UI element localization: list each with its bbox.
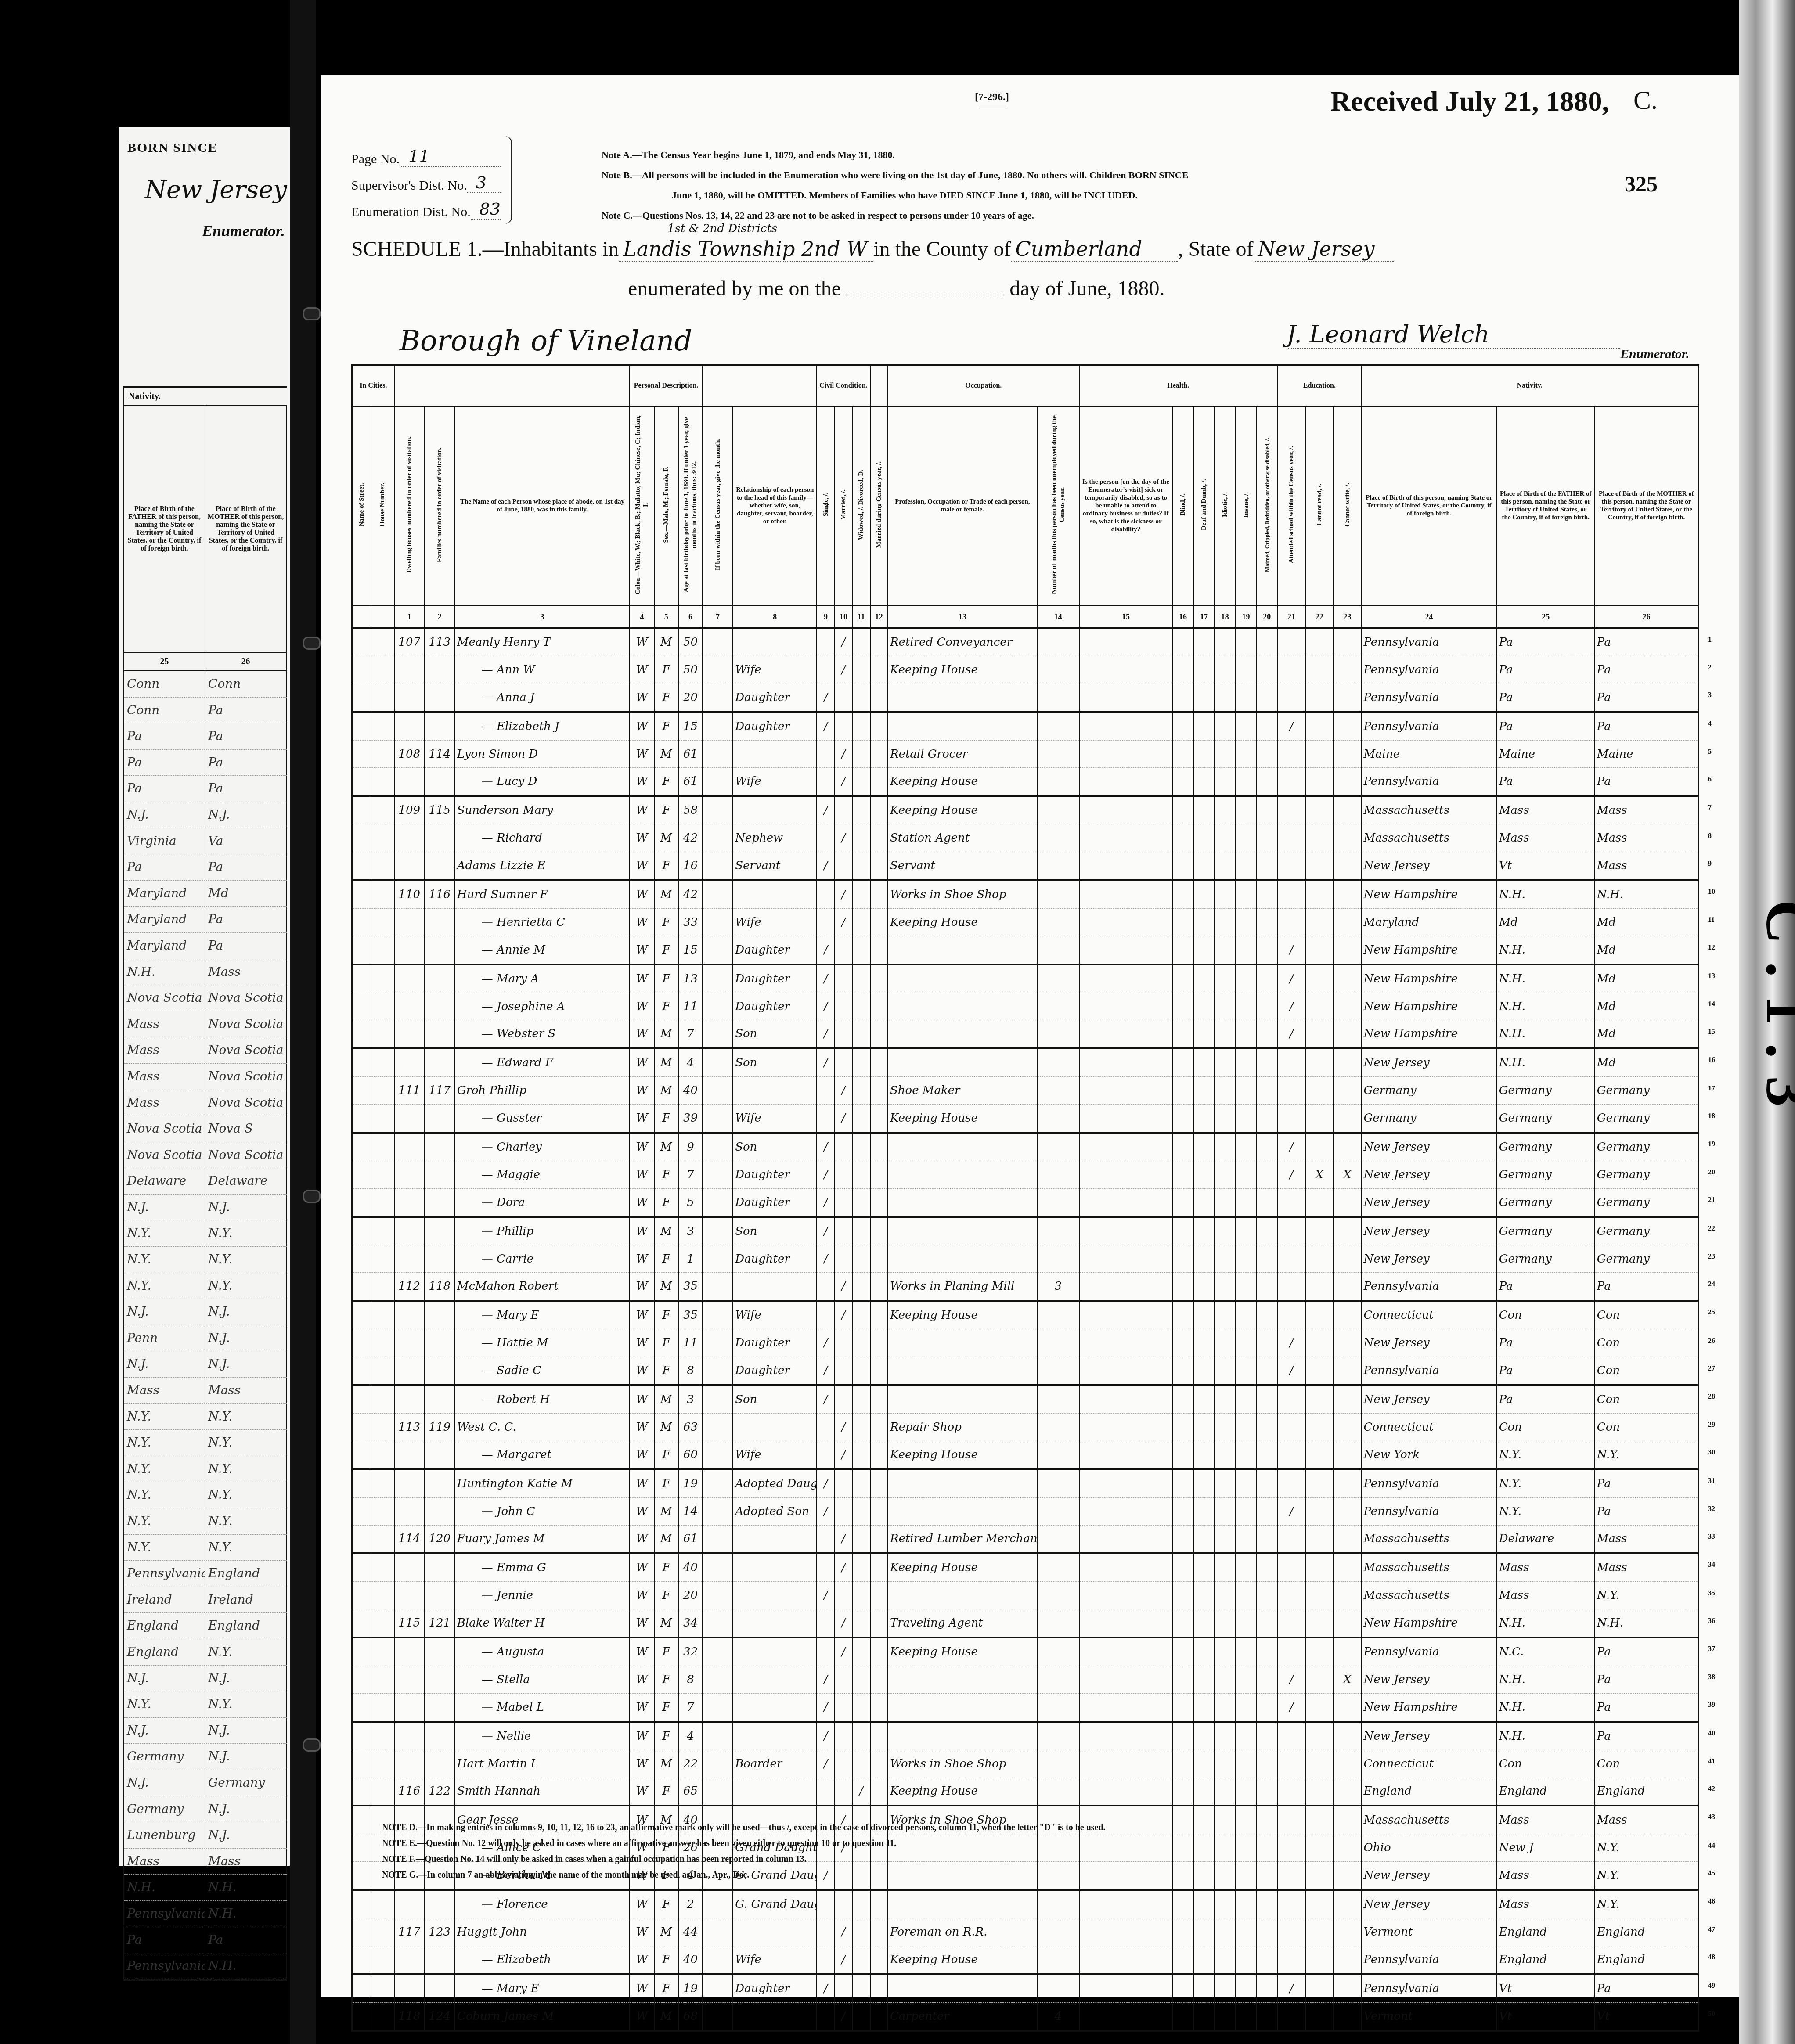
blind-cell bbox=[1172, 908, 1193, 936]
col6-header: Age at last birthday prior to June 1, 18… bbox=[678, 406, 703, 606]
disabled-cell bbox=[1256, 880, 1277, 908]
person-name-cell: Groh Phillip bbox=[455, 1077, 630, 1105]
birth-month-cell bbox=[703, 1020, 733, 1048]
father-birthplace-cell: Vt bbox=[1497, 852, 1595, 880]
cannot-write-cell bbox=[1334, 852, 1362, 880]
column-number: 5 bbox=[654, 606, 678, 628]
idiotic-cell bbox=[1215, 1834, 1236, 1862]
dwelling-number-cell bbox=[394, 1357, 425, 1385]
single-mark-cell bbox=[817, 1413, 834, 1441]
deaf-dumb-cell bbox=[1193, 1441, 1215, 1469]
group-in-cities: In Cities. bbox=[352, 365, 394, 406]
married-census-year-cell bbox=[870, 1133, 888, 1161]
birth-month-cell bbox=[703, 1357, 733, 1385]
married-census-year-cell bbox=[870, 1609, 888, 1637]
occupation-cell: Retired Conveyancer bbox=[888, 628, 1037, 656]
relationship-cell: Daughter bbox=[733, 1974, 817, 2002]
left-mother-birthplace: N.J. bbox=[205, 1822, 287, 1848]
sex-cell: F bbox=[654, 993, 678, 1020]
disabled-cell bbox=[1256, 1077, 1277, 1105]
column-number: 14 bbox=[1037, 606, 1079, 628]
person-name-cell: — Sadie C bbox=[455, 1357, 630, 1385]
house-number-cell bbox=[371, 936, 394, 964]
insane-cell bbox=[1236, 880, 1257, 908]
color-cell: W bbox=[630, 1020, 654, 1048]
occupation-cell: Keeping House bbox=[888, 1946, 1037, 1974]
left-father-birthplace: Lunenburg bbox=[124, 1822, 205, 1848]
widowed-mark-cell bbox=[852, 1357, 870, 1385]
widowed-mark-cell bbox=[852, 1582, 870, 1609]
left-mother-birthplace: Nova Scotia bbox=[205, 1090, 287, 1116]
left-father-birthplace: Nova Scotia bbox=[124, 1116, 205, 1142]
line-number: 3 bbox=[1708, 691, 1712, 699]
left-father-birthplace: Pa bbox=[124, 750, 205, 776]
left-mother-birthplace: N.H. bbox=[205, 1953, 287, 1979]
left-father-birthplace: N.Y. bbox=[124, 1535, 205, 1561]
insane-cell bbox=[1236, 824, 1257, 852]
person-name-cell: — Mary E bbox=[455, 1301, 630, 1329]
sheet-number: 325 bbox=[1625, 171, 1658, 197]
enumerated-prefix: enumerated by me on the bbox=[628, 277, 841, 300]
mother-birthplace-cell: Germany bbox=[1595, 1105, 1698, 1133]
disabled-cell bbox=[1256, 1525, 1277, 1553]
family-number-cell bbox=[425, 908, 455, 936]
father-birthplace-cell: Germany bbox=[1497, 1077, 1595, 1105]
left-page-row: MassNova Scotia bbox=[124, 1064, 287, 1090]
months-unemployed-cell bbox=[1037, 964, 1079, 993]
census-row: — John CWM14Adopted Son//PennsylvaniaN.Y… bbox=[352, 1497, 1698, 1525]
father-birthplace-cell: N.H. bbox=[1497, 936, 1595, 964]
months-unemployed-cell bbox=[1037, 1133, 1079, 1161]
sickness-cell bbox=[1079, 1357, 1173, 1385]
disabled-cell bbox=[1256, 1553, 1277, 1581]
left-mother-birthplace: N.Y. bbox=[205, 1456, 287, 1482]
person-name-cell: Sunderson Mary bbox=[455, 796, 630, 824]
deaf-dumb-cell bbox=[1193, 1245, 1215, 1273]
disabled-cell bbox=[1256, 1441, 1277, 1469]
color-cell: W bbox=[630, 1357, 654, 1385]
cannot-read-cell bbox=[1305, 768, 1334, 796]
age-cell: 15 bbox=[678, 712, 703, 740]
left-mother-birthplace: N.H. bbox=[205, 1901, 287, 1927]
birth-month-cell bbox=[703, 1413, 733, 1441]
left-father-birthplace: N.Y. bbox=[124, 1404, 205, 1430]
color-cell: W bbox=[630, 908, 654, 936]
deaf-dumb-cell bbox=[1193, 2002, 1215, 2030]
sickness-cell bbox=[1079, 1946, 1173, 1974]
single-mark-cell: / bbox=[817, 1048, 834, 1076]
months-unemployed-cell bbox=[1037, 1301, 1079, 1329]
birth-month-cell bbox=[703, 1188, 733, 1216]
widowed-mark-cell: / bbox=[852, 1778, 870, 1806]
idiotic-cell bbox=[1215, 1637, 1236, 1666]
married-census-year-cell bbox=[870, 1750, 888, 1778]
birthplace-cell: New Jersey bbox=[1362, 1666, 1497, 1693]
street-cell bbox=[352, 1497, 371, 1525]
insane-cell bbox=[1236, 1862, 1257, 1890]
single-mark-cell bbox=[817, 656, 834, 684]
months-unemployed-cell bbox=[1037, 1750, 1079, 1778]
color-cell: W bbox=[630, 1133, 654, 1161]
attended-school-cell: / bbox=[1277, 1133, 1305, 1161]
age-cell: 63 bbox=[678, 1413, 703, 1441]
single-mark-cell: / bbox=[817, 1161, 834, 1188]
family-number-cell bbox=[425, 656, 455, 684]
line-number: 17 bbox=[1708, 1085, 1715, 1093]
married-mark-cell bbox=[835, 1890, 852, 1918]
sex-cell: F bbox=[654, 1301, 678, 1329]
birth-month-cell bbox=[703, 1722, 733, 1750]
line-number: 28 bbox=[1708, 1393, 1715, 1401]
widowed-mark-cell bbox=[852, 824, 870, 852]
house-number-cell bbox=[371, 712, 394, 740]
married-mark-cell bbox=[835, 1329, 852, 1357]
deaf-dumb-cell bbox=[1193, 880, 1215, 908]
left-page-row: Nova ScotiaNova S bbox=[124, 1116, 287, 1142]
occupation-cell: Retail Grocer bbox=[888, 740, 1037, 768]
column-number: 22 bbox=[1305, 606, 1334, 628]
person-name-cell: — John C bbox=[455, 1497, 630, 1525]
family-number-cell bbox=[425, 936, 455, 964]
street-cell bbox=[352, 1245, 371, 1273]
person-name-cell: Hurd Sumner F bbox=[455, 880, 630, 908]
relationship-cell: Daughter bbox=[733, 993, 817, 1020]
line-number: 13 bbox=[1708, 972, 1715, 980]
census-row: — JennieWF20/MassachusettsMassN.Y. bbox=[352, 1582, 1698, 1609]
left-father-birthplace: Germany bbox=[124, 1796, 205, 1822]
mother-birthplace-cell: Pa bbox=[1595, 628, 1698, 656]
house-number-cell bbox=[371, 1273, 394, 1301]
binding-grommet bbox=[303, 307, 321, 320]
single-mark-cell bbox=[817, 628, 834, 656]
schedule-title: SCHEDULE 1.—Inhabitants in Landis Townsh… bbox=[351, 237, 1394, 262]
single-mark-cell bbox=[817, 1637, 834, 1666]
married-mark-cell bbox=[835, 1161, 852, 1188]
deaf-dumb-cell bbox=[1193, 1693, 1215, 1721]
line-number: 4 bbox=[1708, 720, 1712, 728]
street-cell bbox=[352, 1553, 371, 1581]
idiotic-cell bbox=[1215, 740, 1236, 768]
sickness-cell bbox=[1079, 993, 1173, 1020]
birthplace-cell: Pennsylvania bbox=[1362, 628, 1497, 656]
birthplace-cell: Pennsylvania bbox=[1362, 1637, 1497, 1666]
sickness-cell bbox=[1079, 1778, 1173, 1806]
dwelling-number-cell bbox=[394, 1188, 425, 1216]
insane-cell bbox=[1236, 684, 1257, 712]
col24-header: Place of Birth of this person, naming St… bbox=[1362, 406, 1497, 606]
married-census-year-cell bbox=[870, 824, 888, 852]
house-number-cell bbox=[371, 1693, 394, 1721]
left-page-row: PaPa bbox=[124, 854, 287, 881]
idiotic-cell bbox=[1215, 1946, 1236, 1974]
column-number: 13 bbox=[888, 606, 1037, 628]
married-mark-cell: / bbox=[835, 1413, 852, 1441]
age-cell: 13 bbox=[678, 964, 703, 993]
attended-school-cell: / bbox=[1277, 993, 1305, 1020]
attended-school-cell bbox=[1277, 1301, 1305, 1329]
insane-cell bbox=[1236, 1413, 1257, 1441]
col3-header: The Name of each Person whose place of a… bbox=[455, 406, 630, 606]
disabled-cell bbox=[1256, 656, 1277, 684]
father-birthplace-cell: N.C. bbox=[1497, 1637, 1595, 1666]
single-mark-cell bbox=[817, 1105, 834, 1133]
sex-cell: F bbox=[654, 1890, 678, 1918]
street-cell bbox=[352, 1357, 371, 1385]
cannot-read-cell bbox=[1305, 824, 1334, 852]
birthplace-cell: Massachusetts bbox=[1362, 1553, 1497, 1581]
left-mother-birthplace: N.J. bbox=[205, 1351, 287, 1377]
cannot-read-cell bbox=[1305, 1469, 1334, 1497]
married-mark-cell bbox=[835, 936, 852, 964]
disabled-cell bbox=[1256, 1778, 1277, 1806]
dwelling-number-cell bbox=[394, 1385, 425, 1413]
group-personal-description: Personal Description. bbox=[630, 365, 703, 406]
attended-school-cell bbox=[1277, 1890, 1305, 1918]
left-mother-birthplace: N.H. bbox=[205, 1875, 287, 1900]
father-birthplace-cell: Pa bbox=[1497, 656, 1595, 684]
insane-cell bbox=[1236, 1497, 1257, 1525]
widowed-mark-cell bbox=[852, 1273, 870, 1301]
months-unemployed-cell bbox=[1037, 880, 1079, 908]
occupation-cell bbox=[888, 1245, 1037, 1273]
family-number-cell: 113 bbox=[425, 628, 455, 656]
left-page-row: Nova ScotiaNova Scotia bbox=[124, 1142, 287, 1169]
attended-school-cell bbox=[1277, 852, 1305, 880]
married-census-year-cell bbox=[870, 1245, 888, 1273]
married-mark-cell bbox=[835, 1693, 852, 1721]
disabled-cell bbox=[1256, 740, 1277, 768]
blind-cell bbox=[1172, 1637, 1193, 1666]
person-name-cell: — Henrietta C bbox=[455, 908, 630, 936]
disabled-cell bbox=[1256, 1497, 1277, 1525]
col15-header: Is the person [on the day of the Enumera… bbox=[1079, 406, 1173, 606]
mother-birthplace-cell: England bbox=[1595, 1946, 1698, 1974]
blind-cell bbox=[1172, 1918, 1193, 1946]
widowed-mark-cell bbox=[852, 908, 870, 936]
line-number: 31 bbox=[1708, 1477, 1715, 1485]
left-father-birthplace: N.Y. bbox=[124, 1691, 205, 1717]
father-birthplace-cell: Pa bbox=[1497, 712, 1595, 740]
widowed-mark-cell bbox=[852, 880, 870, 908]
cannot-write-cell bbox=[1334, 1946, 1362, 1974]
relationship-cell: Wife bbox=[733, 1441, 817, 1469]
blind-cell bbox=[1172, 1750, 1193, 1778]
mother-birthplace-cell: N.Y. bbox=[1595, 1862, 1698, 1890]
deaf-dumb-cell bbox=[1193, 1188, 1215, 1216]
birthplace-cell: Connecticut bbox=[1362, 1301, 1497, 1329]
left-mother-birthplace: N.Y. bbox=[205, 1508, 287, 1534]
idiotic-cell bbox=[1215, 1188, 1236, 1216]
person-name-cell: Hart Martin L bbox=[455, 1750, 630, 1778]
left-page-row: N.Y.N.Y. bbox=[124, 1691, 287, 1718]
sickness-cell bbox=[1079, 1890, 1173, 1918]
attended-school-cell: / bbox=[1277, 712, 1305, 740]
age-cell: 16 bbox=[678, 852, 703, 880]
cannot-read-cell bbox=[1305, 1077, 1334, 1105]
mother-birthplace-cell: Mass bbox=[1595, 1553, 1698, 1581]
months-unemployed-cell bbox=[1037, 1020, 1079, 1048]
mother-birthplace-cell: Pa bbox=[1595, 1722, 1698, 1750]
dwelling-number-cell: 117 bbox=[394, 1918, 425, 1946]
blind-cell bbox=[1172, 768, 1193, 796]
occupation-cell: Keeping House bbox=[888, 796, 1037, 824]
col1-header: Dwelling houses numbered in order of vis… bbox=[394, 406, 425, 606]
col17-header: Deaf and Dumb, /. bbox=[1193, 406, 1215, 606]
mother-birthplace-cell: Germany bbox=[1595, 1133, 1698, 1161]
idiotic-cell bbox=[1215, 1918, 1236, 1946]
widowed-mark-cell bbox=[852, 1077, 870, 1105]
left-father-birthplace: Pennsylvania bbox=[124, 1953, 205, 1979]
birthplace-cell: Pennsylvania bbox=[1362, 656, 1497, 684]
mother-birthplace-cell: Md bbox=[1595, 908, 1698, 936]
married-census-year-cell bbox=[870, 1890, 888, 1918]
single-mark-cell: / bbox=[817, 1245, 834, 1273]
mother-birthplace-cell: N.H. bbox=[1595, 880, 1698, 908]
relationship-cell: G. Grand Daughter bbox=[733, 1890, 817, 1918]
occupation-cell: Traveling Agent bbox=[888, 1609, 1037, 1637]
married-census-year-cell bbox=[870, 2002, 888, 2030]
left-page-row: PaPa bbox=[124, 723, 287, 750]
cannot-read-cell bbox=[1305, 1666, 1334, 1693]
col-street-header: Name of Street. bbox=[352, 406, 371, 606]
sex-cell: F bbox=[654, 1693, 678, 1721]
married-mark-cell: / bbox=[835, 1105, 852, 1133]
note-d: NOTE D.—In making entries in columns 9, … bbox=[382, 1820, 1106, 1835]
left-page-row: LunenburgN.J. bbox=[124, 1822, 287, 1849]
sickness-cell bbox=[1079, 628, 1173, 656]
house-number-cell bbox=[371, 1750, 394, 1778]
mother-birthplace-cell: Germany bbox=[1595, 1077, 1698, 1105]
idiotic-cell bbox=[1215, 1722, 1236, 1750]
left-father-birthplace: Pa bbox=[124, 723, 205, 749]
deaf-dumb-cell bbox=[1193, 1722, 1215, 1750]
sickness-cell bbox=[1079, 1553, 1173, 1581]
deaf-dumb-cell bbox=[1193, 1890, 1215, 1918]
column-number: 25 bbox=[1497, 606, 1595, 628]
attended-school-cell bbox=[1277, 2002, 1305, 2030]
deaf-dumb-cell bbox=[1193, 1553, 1215, 1581]
left-father-birthplace: Mass bbox=[124, 1090, 205, 1116]
blind-cell bbox=[1172, 1273, 1193, 1301]
left-mother-birthplace: Germany bbox=[205, 1770, 287, 1796]
census-row: 110116Hurd Sumner FWM42/Works in Shoe Sh… bbox=[352, 880, 1698, 908]
house-number-cell bbox=[371, 1609, 394, 1637]
line-number: 26 bbox=[1708, 1337, 1715, 1345]
family-number-cell bbox=[425, 1048, 455, 1076]
dwelling-number-cell bbox=[394, 1974, 425, 2002]
column-number: 4 bbox=[630, 606, 654, 628]
column-number: 16 bbox=[1172, 606, 1193, 628]
mother-birthplace-cell: England bbox=[1595, 1778, 1698, 1806]
family-number-cell bbox=[425, 1357, 455, 1385]
attended-school-cell: / bbox=[1277, 1666, 1305, 1693]
house-number-cell bbox=[371, 1217, 394, 1245]
age-cell: 11 bbox=[678, 993, 703, 1020]
married-mark-cell: / bbox=[835, 740, 852, 768]
idiotic-cell bbox=[1215, 1469, 1236, 1497]
father-birthplace-cell: Mass bbox=[1497, 1862, 1595, 1890]
cannot-write-cell bbox=[1334, 1217, 1362, 1245]
occupation-cell: Keeping House bbox=[888, 908, 1037, 936]
left-col25-header: Place of Birth of the FATHER of this per… bbox=[124, 406, 205, 652]
group-health: Health. bbox=[1079, 365, 1278, 406]
idiotic-cell bbox=[1215, 908, 1236, 936]
sickness-cell bbox=[1079, 656, 1173, 684]
occupation-cell: Works in Shoe Shop bbox=[888, 880, 1037, 908]
attended-school-cell bbox=[1277, 740, 1305, 768]
sex-cell: F bbox=[654, 908, 678, 936]
census-row: 113119West C. C.WM63/Repair ShopConnecti… bbox=[352, 1413, 1698, 1441]
married-mark-cell bbox=[835, 1188, 852, 1216]
disabled-cell bbox=[1256, 936, 1277, 964]
left-page-row: N.Y.N.Y. bbox=[124, 1482, 287, 1508]
left-father-birthplace: Mass bbox=[124, 1011, 205, 1037]
census-row: 114120Fuary James MWM61/Retired Lumber M… bbox=[352, 1525, 1698, 1553]
occupation-cell: Keeping House bbox=[888, 1778, 1037, 1806]
sex-cell: F bbox=[654, 768, 678, 796]
deaf-dumb-cell bbox=[1193, 712, 1215, 740]
family-number-cell: 121 bbox=[425, 1609, 455, 1637]
insane-cell bbox=[1236, 964, 1257, 993]
census-row: — Mary EWF35Wife/Keeping HouseConnecticu… bbox=[352, 1301, 1698, 1329]
enumerator-signature: J. Leonard Welch bbox=[1287, 320, 1620, 349]
occupation-cell: Keeping House bbox=[888, 1441, 1037, 1469]
census-row: — Anna JWF20Daughter/PennsylvaniaPaPa bbox=[352, 684, 1698, 712]
note-e: NOTE E.—Question No. 12 will only be ask… bbox=[382, 1835, 1106, 1851]
disabled-cell bbox=[1256, 1385, 1277, 1413]
person-name-cell: — Webster S bbox=[455, 1020, 630, 1048]
line-number: 38 bbox=[1708, 1673, 1715, 1681]
street-cell bbox=[352, 656, 371, 684]
left-mother-birthplace: Pa bbox=[205, 907, 287, 932]
census-row: — FlorenceWF2G. Grand DaughterNew Jersey… bbox=[352, 1890, 1698, 1918]
color-cell: W bbox=[630, 936, 654, 964]
insane-cell bbox=[1236, 1077, 1257, 1105]
sex-cell: M bbox=[654, 1133, 678, 1161]
house-number-cell bbox=[371, 2002, 394, 2030]
blind-cell bbox=[1172, 936, 1193, 964]
census-row: 118124Coburn James MWM68/Carpenter4Vermo… bbox=[352, 2002, 1698, 2030]
dwelling-number-cell bbox=[394, 1553, 425, 1581]
disabled-cell bbox=[1256, 824, 1277, 852]
married-census-year-cell bbox=[870, 964, 888, 993]
house-number-cell bbox=[371, 1918, 394, 1946]
mother-birthplace-cell: Vt bbox=[1595, 2002, 1698, 2030]
married-census-year-cell bbox=[870, 1048, 888, 1076]
family-number-cell bbox=[425, 1188, 455, 1216]
mother-birthplace-cell: Mass bbox=[1595, 824, 1698, 852]
mother-birthplace-cell: Md bbox=[1595, 993, 1698, 1020]
cannot-read-cell bbox=[1305, 1497, 1334, 1525]
sex-cell: F bbox=[654, 936, 678, 964]
left-father-birthplace: N.H. bbox=[124, 1875, 205, 1900]
color-cell: W bbox=[630, 1890, 654, 1918]
person-name-cell: — Phillip bbox=[455, 1217, 630, 1245]
widowed-mark-cell bbox=[852, 1890, 870, 1918]
blind-cell bbox=[1172, 1469, 1193, 1497]
census-row: — Annie MWF15Daughter//New HampshireN.H.… bbox=[352, 936, 1698, 964]
left-father-birthplace: N.J. bbox=[124, 1351, 205, 1377]
birthplace-cell: New York bbox=[1362, 1441, 1497, 1469]
line-number: 40 bbox=[1708, 1730, 1715, 1738]
disabled-cell bbox=[1256, 1133, 1277, 1161]
sex-cell: M bbox=[654, 824, 678, 852]
months-unemployed-cell bbox=[1037, 1469, 1079, 1497]
family-number-cell: 115 bbox=[425, 796, 455, 824]
insane-cell bbox=[1236, 1161, 1257, 1188]
sickness-cell bbox=[1079, 1161, 1173, 1188]
father-birthplace-cell: Pa bbox=[1497, 1385, 1595, 1413]
